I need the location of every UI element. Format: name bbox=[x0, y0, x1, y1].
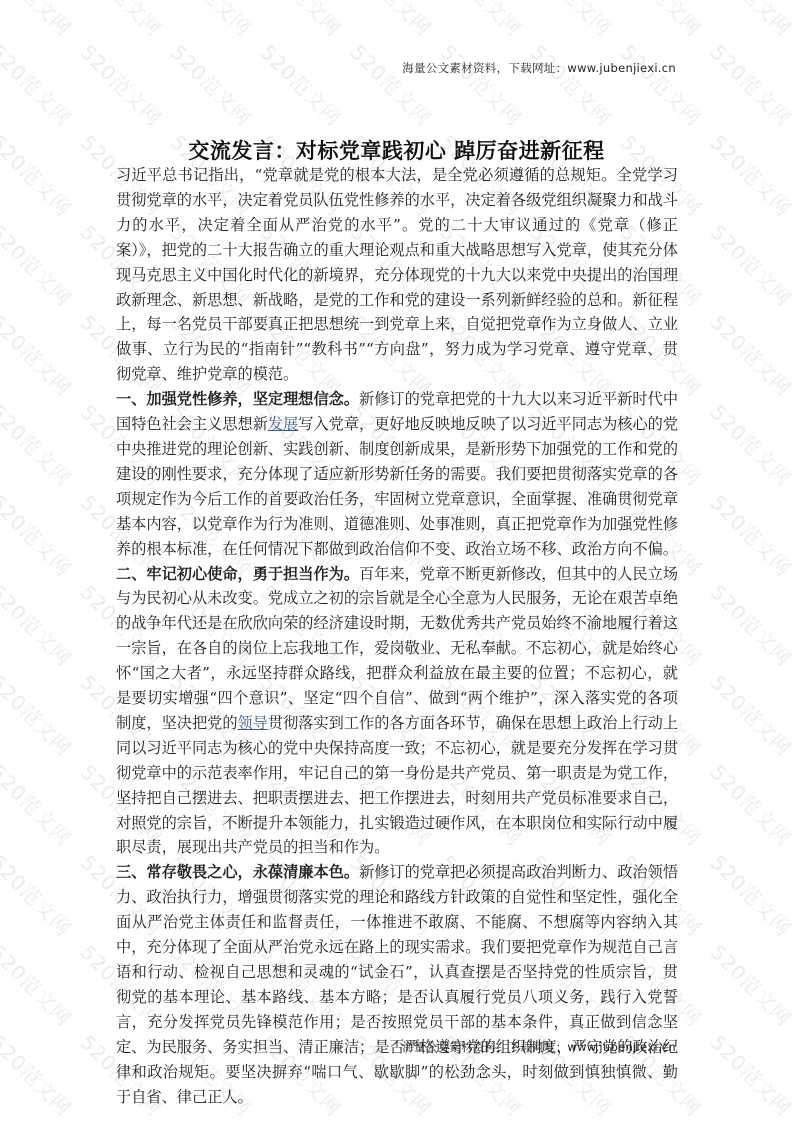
watermark-text: 520范文网 bbox=[615, 0, 709, 42]
watermark-text: 520范文网 bbox=[255, 37, 349, 131]
page-title: 交流发言：对标党章践初心 踔厉奋进新征程 bbox=[0, 135, 793, 165]
watermark-text: 520范文网 bbox=[0, 1027, 79, 1121]
section-1-heading: 一、加强党性修养，坚定理想信念。 bbox=[116, 390, 359, 408]
section-2-heading: 二、牢记初心使命，勇于担当作为。 bbox=[116, 565, 359, 583]
watermark-text: 520范文网 bbox=[165, 0, 259, 42]
watermark-text: 520范文网 bbox=[525, 0, 619, 42]
watermark-text: 520范文网 bbox=[0, 307, 79, 401]
watermark-text: 520范文网 bbox=[165, 37, 259, 131]
watermark-text: 520范文网 bbox=[75, 37, 169, 131]
watermark-text: 520范文网 bbox=[525, 37, 619, 131]
watermark-text: 520范文网 bbox=[0, 667, 79, 761]
section-1-paragraph: 一、加强党性修养，坚定理想信念。新修订的党章把党的十九大以来习近平新时代中国特色… bbox=[116, 387, 678, 561]
section-2-text-b: 贯彻落实到工作的各方面各环节，确保在思想上政治上行动上同以习近平同志为核心的党中… bbox=[116, 714, 678, 857]
watermark-text: 520范文网 bbox=[345, 0, 439, 42]
watermark-text: 520范文网 bbox=[435, 0, 529, 42]
watermark-text: 520范文网 bbox=[705, 487, 793, 581]
watermark-text: 520范文网 bbox=[0, 847, 79, 941]
watermark-text: 520范文网 bbox=[705, 937, 793, 1031]
intro-paragraph: 习近平总书记指出，“党章就是党的根本大法，是全党必须遵循的总规矩。全党学习贯彻党… bbox=[116, 163, 678, 387]
section-2-text-a: 百年来，党章不断更新修改，但其中的人民立场与为民初心从未改变。党成立之初的宗旨就… bbox=[116, 565, 678, 732]
watermark-text: 520范文网 bbox=[615, 37, 709, 131]
watermark-text: 520范文网 bbox=[705, 847, 793, 941]
watermark-text: 520范文网 bbox=[705, 217, 793, 311]
watermark-text: 520范文网 bbox=[0, 217, 79, 311]
section-1-text-b: 写入党章，更好地反映地反映了以习近平同志为核心的党中央推进党的理论创新、实践创新… bbox=[116, 415, 678, 558]
watermark-text: 520范文网 bbox=[705, 307, 793, 401]
watermark-text: 520范文网 bbox=[0, 487, 79, 581]
watermark-text: 520范文网 bbox=[0, 37, 79, 131]
watermark-text: 520范文网 bbox=[0, 397, 79, 491]
watermark-text: 520范文网 bbox=[255, 0, 349, 42]
watermark-text: 520范文网 bbox=[0, 577, 79, 671]
section-3-paragraph: 三、常存敬畏之心，永葆清廉本色。新修订的党章把必须提高政治判断力、政治领悟力、政… bbox=[116, 860, 678, 1109]
watermark-text: 520范文网 bbox=[705, 0, 793, 42]
watermark-text: 520范文网 bbox=[345, 37, 439, 131]
watermark-text: 520范文网 bbox=[75, 0, 169, 42]
section-3-heading: 三、常存敬畏之心，永葆清廉本色。 bbox=[116, 863, 359, 881]
section-2-paragraph: 二、牢记初心使命，勇于担当作为。百年来，党章不断更新修改，但其中的人民立场与为民… bbox=[116, 562, 678, 861]
watermark-text: 520范文网 bbox=[435, 37, 529, 131]
watermark-text: 520范文网 bbox=[0, 937, 79, 1031]
watermark-text: 520范文网 bbox=[705, 397, 793, 491]
link-lingdao[interactable]: 领导 bbox=[238, 714, 268, 732]
watermark-text: 520范文网 bbox=[705, 37, 793, 131]
link-fazhan[interactable]: 发展 bbox=[268, 415, 298, 433]
watermark-text: 520范文网 bbox=[705, 1027, 793, 1121]
watermark-text: 520范文网 bbox=[705, 577, 793, 671]
section-3-text: 新修订的党章把必须提高政治判断力、政治领悟力、政治执行力，增强贯彻落实党的理论和… bbox=[116, 863, 678, 1105]
watermark-text: 520范文网 bbox=[705, 667, 793, 761]
watermark-text: 520范文网 bbox=[0, 757, 79, 851]
header-download-note: 海量公文素材资料，下载网址：www.jubenjiexi.cn bbox=[402, 60, 676, 76]
document-body: 习近平总书记指出，“党章就是党的根本大法，是全党必须遵循的总规矩。全党学习贯彻党… bbox=[116, 163, 678, 1109]
footer-download-note: 海量公文素材资料，下载网址：www.jubenjiexi.cn bbox=[402, 1039, 676, 1055]
watermark-text: 520范文网 bbox=[0, 0, 79, 42]
watermark-text: 520范文网 bbox=[705, 757, 793, 851]
